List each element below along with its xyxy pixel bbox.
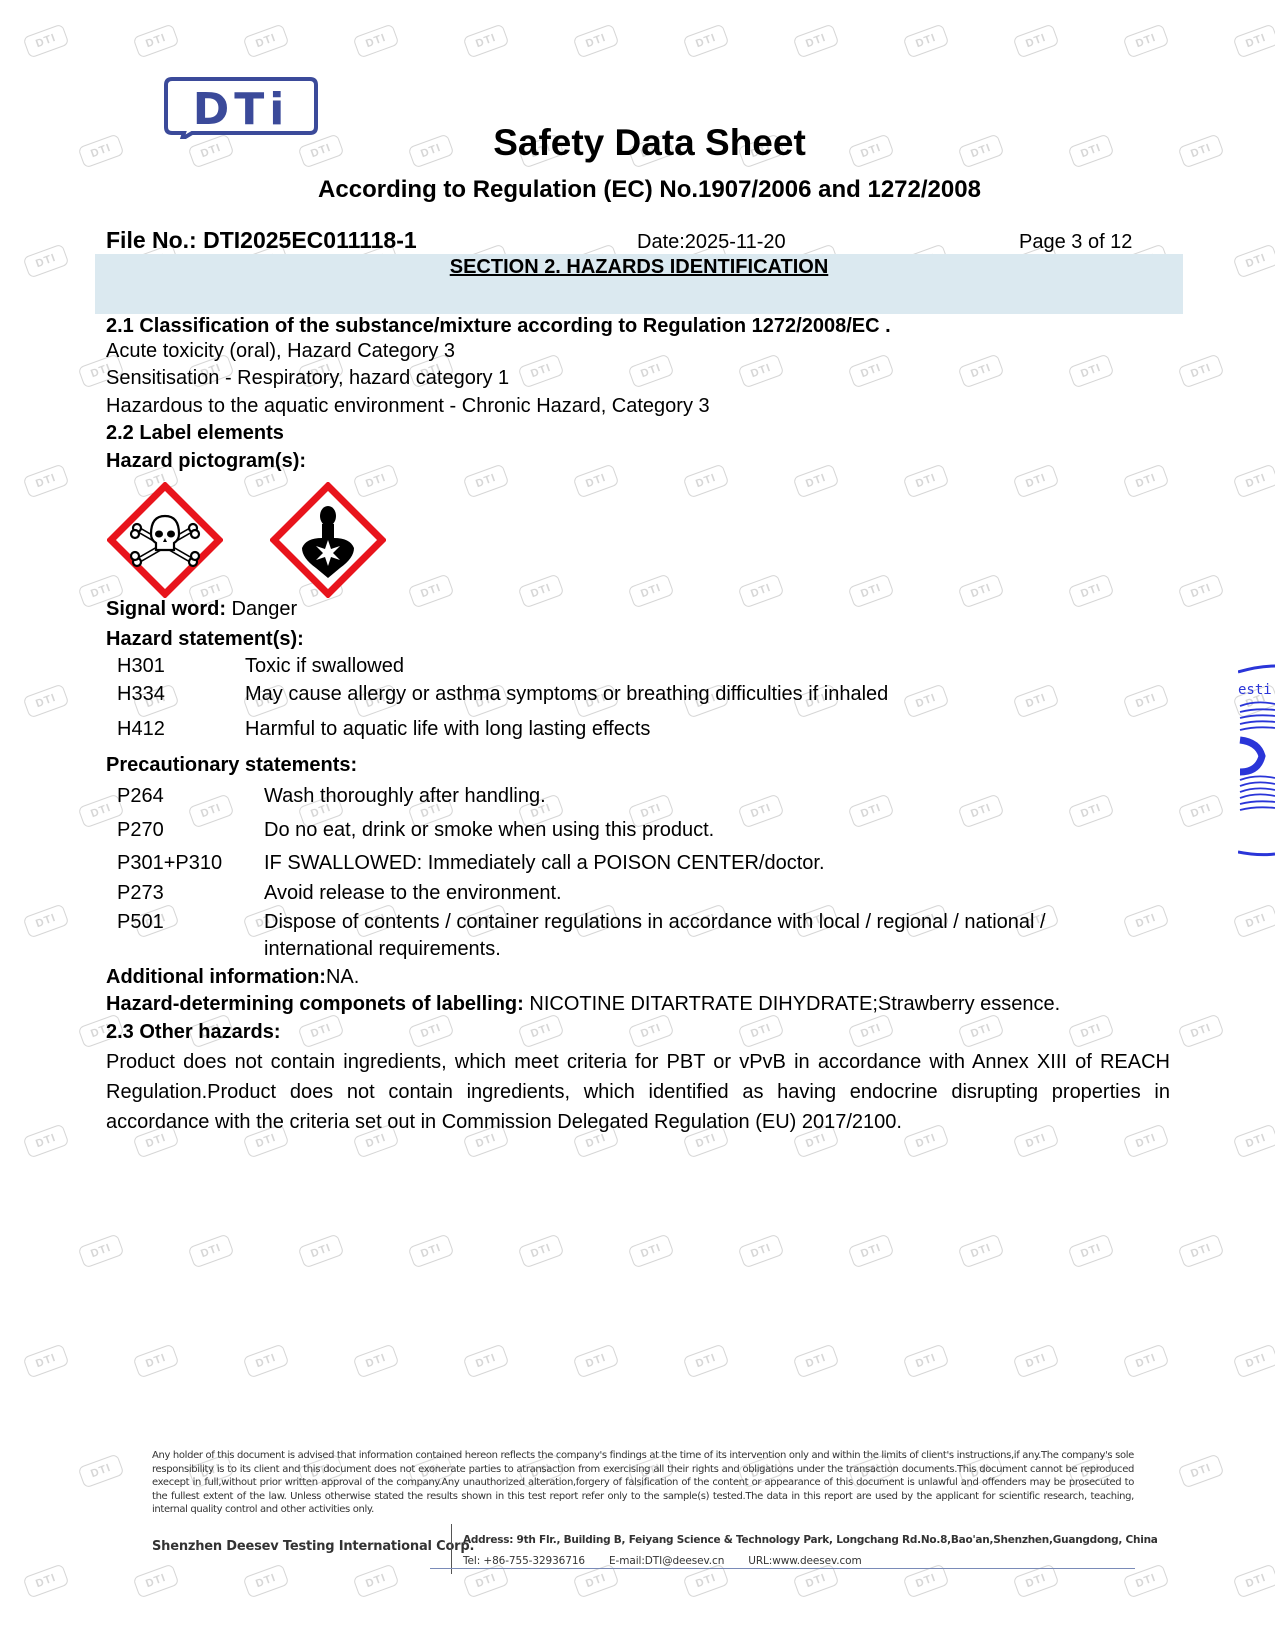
watermark-icon: DTI — [518, 1013, 565, 1048]
hazard-code: H412 — [117, 718, 165, 741]
watermark-icon: DTI — [133, 1343, 180, 1378]
watermark-icon: DTI — [738, 353, 785, 388]
hazard-text: May cause allergy or asthma symptoms or … — [245, 683, 888, 706]
watermark-icon: DTI — [353, 1343, 400, 1378]
footer-tel: Tel: +86-755-32936716 — [463, 1555, 585, 1567]
watermark-icon: DTI — [1178, 1233, 1225, 1268]
skull-crossbones-icon — [107, 482, 223, 598]
watermark-icon: DTI — [243, 1343, 290, 1378]
footer-disclaimer: Any holder of this document is advised t… — [152, 1449, 1134, 1517]
watermark-icon: DTI — [353, 23, 400, 58]
watermark-icon: DTI — [628, 1013, 675, 1048]
precaution-code: P273 — [117, 882, 164, 905]
watermark-icon: DTI — [23, 1123, 70, 1158]
watermark-icon: DTI — [1123, 1343, 1170, 1378]
watermark-icon: DTI — [23, 683, 70, 718]
watermark-icon: DTI — [23, 1343, 70, 1378]
watermark-icon: DTI — [628, 573, 675, 608]
watermark-icon: DTI — [573, 463, 620, 498]
watermark-icon: DTI — [1233, 903, 1275, 938]
watermark-icon: DTI — [1178, 793, 1225, 828]
watermark-icon: DTI — [1123, 1123, 1170, 1158]
hazard-text: Toxic if swallowed — [245, 655, 404, 678]
watermark-icon: DTI — [738, 793, 785, 828]
watermark-icon: DTI — [1178, 1453, 1225, 1488]
watermark-icon: DTI — [903, 683, 950, 718]
watermark-icon: DTI — [188, 793, 235, 828]
watermark-icon: DTI — [23, 463, 70, 498]
watermark-icon: DTI — [1013, 683, 1060, 718]
precaution-text: Dispose of contents / container regulati… — [264, 911, 1046, 934]
footer-url: URL:www.deesev.com — [748, 1555, 861, 1567]
document-date: Date:2025-11-20 — [637, 231, 786, 254]
watermark-icon: DTI — [23, 23, 70, 58]
watermark-icon: DTI — [958, 793, 1005, 828]
watermark-icon: DTI — [518, 1233, 565, 1268]
watermark-icon: DTI — [1233, 1343, 1275, 1378]
classification-item: Sensitisation - Respiratory, hazard cate… — [106, 367, 509, 390]
watermark-icon: DTI — [958, 1233, 1005, 1268]
watermark-icon: DTI — [1233, 243, 1275, 278]
footer-company: Shenzhen Deesev Testing International Co… — [152, 1539, 474, 1554]
watermark-icon: DTI — [1178, 573, 1225, 608]
section-title: SECTION 2. HAZARDS IDENTIFICATION — [95, 256, 1183, 279]
watermark-icon: DTI — [78, 1233, 125, 1268]
watermark-icon: DTI — [463, 23, 510, 58]
watermark-icon: DTI — [1233, 1123, 1275, 1158]
footer-email: E-mail:DTI@deesev.cn — [609, 1555, 724, 1567]
hazard-code: H301 — [117, 655, 165, 678]
paragraph-line: accordance with the criteria set out in … — [106, 1111, 902, 1134]
pictogram-heading: Hazard pictogram(s): — [106, 450, 306, 473]
hazard-statements-heading: Hazard statement(s): — [106, 628, 304, 651]
watermark-icon: DTI — [1068, 1013, 1115, 1048]
watermark-icon: DTI — [188, 1233, 235, 1268]
svg-text:esti: esti — [1238, 682, 1272, 698]
watermark-icon: DTI — [298, 1013, 345, 1048]
paragraph-line: Product does not contain ingredients, wh… — [106, 1051, 1170, 1074]
watermark-icon: DTI — [1013, 463, 1060, 498]
watermark-icon: DTI — [1013, 23, 1060, 58]
footer-address: Address: 9th Flr., Building B, Feiyang S… — [463, 1534, 1158, 1546]
precaution-code: P264 — [117, 785, 164, 808]
page-number: Page 3 of 12 — [1019, 231, 1132, 254]
watermark-icon: DTI — [848, 353, 895, 388]
other-hazards-heading: 2.3 Other hazards: — [106, 1021, 281, 1044]
company-stamp-icon: esti — [1238, 660, 1275, 860]
watermark-icon: DTI — [848, 1013, 895, 1048]
watermark-icon: DTI — [1178, 1013, 1225, 1048]
precaution-code: P501 — [117, 911, 164, 934]
watermark-icon: DTI — [738, 1013, 785, 1048]
watermark-icon: DTI — [793, 23, 840, 58]
watermark-icon: DTI — [958, 353, 1005, 388]
watermark-icon: DTI — [903, 23, 950, 58]
watermark-icon: DTI — [683, 1343, 730, 1378]
precautionary-heading: Precautionary statements: — [106, 754, 357, 777]
precaution-text: Avoid release to the environment. — [264, 882, 562, 905]
document-title: Safety Data Sheet — [0, 122, 1275, 164]
watermark-icon: DTI — [683, 23, 730, 58]
document-subtitle: According to Regulation (EC) No.1907/200… — [0, 176, 1275, 204]
watermark-icon: DTI — [1233, 1563, 1275, 1598]
watermark-icon: DTI — [573, 23, 620, 58]
watermark-icon: DTI — [23, 1563, 70, 1598]
watermark-icon: DTI — [1233, 23, 1275, 58]
watermark-icon: DTI — [408, 573, 455, 608]
watermark-icon: DTI — [408, 1013, 455, 1048]
watermark-icon: DTI — [408, 1233, 455, 1268]
watermark-icon: DTI — [573, 1343, 620, 1378]
footer-divider — [451, 1524, 452, 1574]
watermark-icon: DTI — [23, 243, 70, 278]
watermark-icon: DTI — [903, 1123, 950, 1158]
hazard-text: Harmful to aquatic life with long lastin… — [245, 718, 650, 741]
watermark-icon: DTI — [243, 1563, 290, 1598]
section-header-band: SECTION 2. HAZARDS IDENTIFICATION — [95, 254, 1183, 314]
watermark-icon: DTI — [958, 1013, 1005, 1048]
watermark-icon: DTI — [133, 23, 180, 58]
watermark-icon: DTI — [738, 573, 785, 608]
health-hazard-icon — [270, 482, 386, 598]
label-elements-heading: 2.2 Label elements — [106, 422, 284, 445]
classification-heading: 2.1 Classification of the substance/mixt… — [106, 315, 891, 338]
watermark-icon: DTI — [1123, 463, 1170, 498]
watermark-icon: DTI — [683, 463, 730, 498]
watermark-icon: DTI — [848, 793, 895, 828]
watermark-icon: DTI — [1068, 793, 1115, 828]
watermark-icon: DTI — [23, 903, 70, 938]
watermark-icon: DTI — [903, 1343, 950, 1378]
watermark-icon: DTI — [78, 1453, 125, 1488]
watermark-icon: DTI — [1068, 1233, 1115, 1268]
watermark-icon: DTI — [518, 573, 565, 608]
watermark-icon: DTI — [793, 463, 840, 498]
precaution-text: Do no eat, drink or smoke when using thi… — [264, 819, 714, 842]
footer-contact: Tel: +86-755-32936716E-mail:DTI@deesev.c… — [463, 1555, 886, 1567]
file-number: File No.: DTI2025EC011118-1 — [106, 227, 417, 254]
watermark-icon: DTI — [243, 23, 290, 58]
watermark-icon: DTI — [1233, 463, 1275, 498]
precaution-code: P301+P310 — [117, 852, 222, 875]
footer-rule — [430, 1568, 1135, 1569]
precaution-code: P270 — [117, 819, 164, 842]
signal-word: Signal word: Danger — [106, 598, 297, 621]
watermark-icon: DTI — [298, 1233, 345, 1268]
watermark-icon: DTI — [463, 463, 510, 498]
watermark-icon: DTI — [903, 463, 950, 498]
watermark-icon: DTI — [1013, 1123, 1060, 1158]
watermark-icon: DTI — [1013, 1343, 1060, 1378]
watermark-icon: DTI — [628, 1233, 675, 1268]
watermark-icon: DTI — [1123, 23, 1170, 58]
watermark-icon: DTI — [1123, 903, 1170, 938]
watermark-icon: DTI — [793, 1343, 840, 1378]
classification-item: Hazardous to the aquatic environment - C… — [106, 395, 710, 418]
watermark-icon: DTI — [628, 353, 675, 388]
watermark-icon: DTI — [958, 573, 1005, 608]
watermark-icon: DTI — [518, 353, 565, 388]
hazard-code: H334 — [117, 683, 165, 706]
additional-information: Additional information:NA. — [106, 966, 359, 989]
watermark-icon: DTI — [1068, 573, 1115, 608]
watermark-icon: DTI — [1178, 353, 1225, 388]
watermark-icon: DTI — [353, 1563, 400, 1598]
precaution-text: Wash thoroughly after handling. — [264, 785, 546, 808]
precaution-text: IF SWALLOWED: Immediately call a POISON … — [264, 852, 825, 875]
watermark-icon: DTI — [463, 1343, 510, 1378]
watermark-icon: DTI — [848, 573, 895, 608]
hazard-determining-components: Hazard-determining componets of labellin… — [106, 993, 1060, 1016]
paragraph-line: Regulation.Product does not contain ingr… — [106, 1081, 1170, 1104]
classification-item: Acute toxicity (oral), Hazard Category 3 — [106, 340, 455, 363]
watermark-icon: DTI — [133, 1563, 180, 1598]
watermark-icon: DTI — [1123, 683, 1170, 718]
watermark-icon: DTI — [848, 1233, 895, 1268]
precaution-text-continued: international requirements. — [264, 938, 501, 961]
watermark-icon: DTI — [738, 1233, 785, 1268]
watermark-icon: DTI — [1068, 353, 1115, 388]
